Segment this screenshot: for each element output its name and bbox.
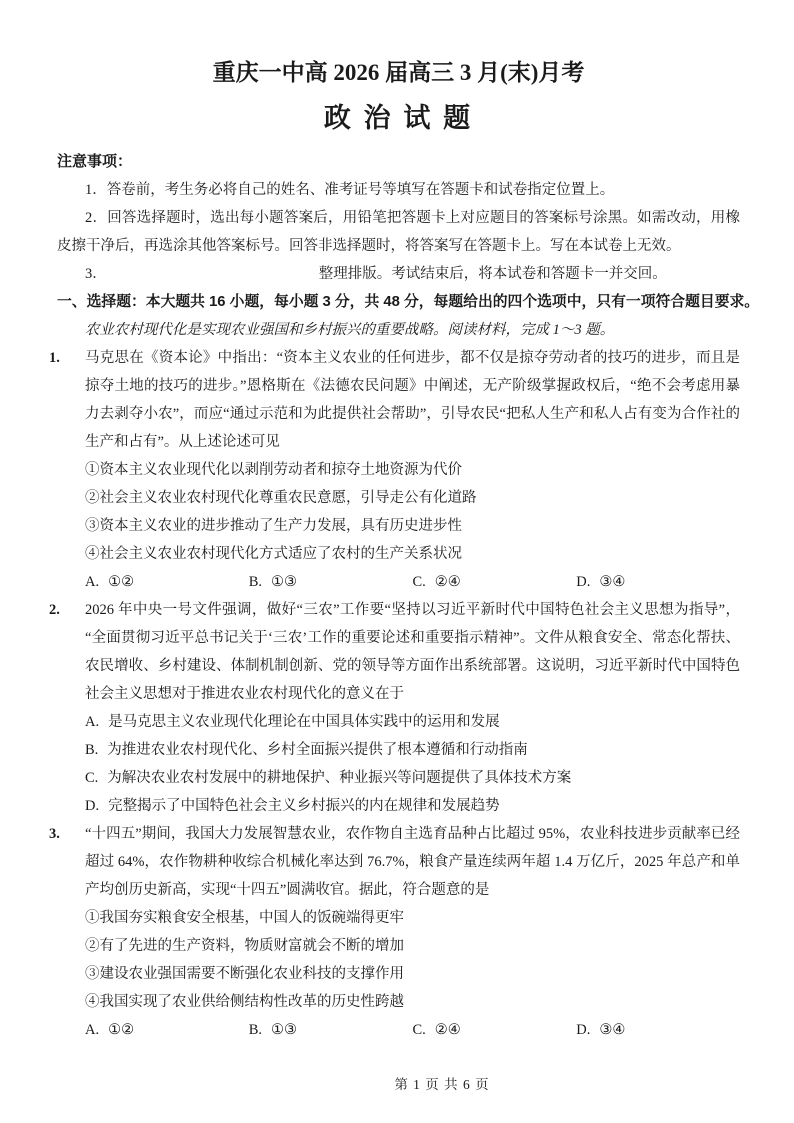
option-c-label: C. — [413, 1016, 426, 1044]
question-1-statement-1: ①资本主义农业现代化以剥削劳动者和掠夺土地资源为代价 — [85, 456, 740, 484]
option-d-value: ③④ — [599, 1022, 625, 1038]
notice-item-3: 3．整理排版。考试结束后，将本试卷和答题卡一并交回。 — [57, 260, 740, 288]
exam-subtitle: 政 治 试 题 — [57, 98, 740, 138]
question-3-option-a: A.①② — [85, 1016, 249, 1044]
question-3-statement-2: ②有了先进的生产资料，物质财富就会不断的增加 — [85, 932, 740, 960]
question-3-stem: “十四五”期间，我国大力发展智慧农业，农作物自主选育品种占比超过 95%，农业科… — [85, 820, 740, 904]
option-b-value: ①③ — [271, 574, 297, 590]
option-b-value: ①③ — [271, 1022, 297, 1038]
question-3-statement-4: ④我国实现了农业供给侧结构性改革的历史性跨越 — [85, 988, 740, 1016]
option-b-text: 为推进农业农村现代化、乡村全面振兴提供了根本遵循和行动指南 — [107, 742, 528, 758]
section-heading: 一、选择题：本大题共 16 小题，每小题 3 分，共 48 分，每题给出的四个选… — [57, 288, 740, 316]
question-3-option-c: C.②④ — [413, 1016, 577, 1044]
question-1-option-d: D.③④ — [576, 568, 740, 596]
option-c-value: ②④ — [435, 1022, 461, 1038]
question-1-options: A.①② B.①③ C.②④ D.③④ — [85, 568, 740, 596]
option-a-label: A. — [85, 568, 99, 596]
question-2-option-b: B.为推进农业农村现代化、乡村全面振兴提供了根本遵循和行动指南 — [85, 736, 740, 764]
notice-section: 注意事项： 1．答卷前，考生务必将自己的姓名、准考证号等填写在答题卡和试卷指定位… — [57, 148, 740, 288]
question-2-option-d: D.完整揭示了中国特色社会主义乡村振兴的内在规律和发展趋势 — [85, 792, 740, 820]
question-1-statement-2: ②社会主义农业农村现代化尊重农民意愿，引导走公有化道路 — [85, 484, 740, 512]
question-3-number: 3. — [49, 820, 60, 848]
option-a-value: ①② — [108, 1022, 134, 1038]
question-1-option-c: C.②④ — [413, 568, 577, 596]
question-1-option-b: B.①③ — [249, 568, 413, 596]
question-1-statement-4: ④社会主义农业农村现代化方式适应了农村的生产关系状况 — [85, 540, 740, 568]
option-b-label: B. — [249, 568, 262, 596]
option-c-label: C. — [413, 568, 426, 596]
question-3: 3. “十四五”期间，我国大力发展智慧农业，农作物自主选育品种占比超过 95%，… — [85, 820, 740, 1044]
passage-intro: 农业农村现代化是实现农业强国和乡村振兴的重要战略。阅读材料，完成 1～3 题。 — [57, 316, 740, 344]
notice-item-3-number: 3． — [85, 266, 107, 282]
option-c-value: ②④ — [435, 574, 461, 590]
option-a-text: 是马克思主义农业现代化理论在中国具体实践中的运用和发展 — [108, 714, 500, 730]
question-2-stem: 2026 年中央一号文件强调，做好“三农”工作要“坚持以习近平新时代中国特色社会… — [85, 596, 740, 708]
option-a-value: ①② — [108, 574, 134, 590]
question-3-options: A.①② B.①③ C.②④ D.③④ — [85, 1016, 740, 1044]
option-d-label: D. — [576, 1016, 590, 1044]
option-c-text: 为解决农业农村发展中的耕地保护、种业振兴等问题提供了具体技术方案 — [107, 770, 571, 786]
option-d-text: 完整揭示了中国特色社会主义乡村振兴的内在规律和发展趋势 — [108, 798, 500, 814]
exam-paper-page: 重庆一中高 2026 届高三 3 月(末)月考 政 治 试 题 注意事项： 1．… — [0, 0, 794, 1123]
exam-title: 重庆一中高 2026 届高三 3 月(末)月考 — [57, 56, 740, 90]
question-2: 2. 2026 年中央一号文件强调，做好“三农”工作要“坚持以习近平新时代中国特… — [85, 596, 740, 820]
question-2-option-c: C.为解决农业农村发展中的耕地保护、种业振兴等问题提供了具体技术方案 — [85, 764, 740, 792]
page-footer: 第 1 页 共 6 页 — [45, 1073, 794, 1093]
option-a-label: A. — [85, 1016, 99, 1044]
question-2-number: 2. — [49, 596, 60, 624]
question-1-option-a: A.①② — [85, 568, 249, 596]
option-d-label: D. — [576, 568, 590, 596]
option-d-value: ③④ — [599, 574, 625, 590]
question-1-stem: 马克思在《资本论》中指出：“资本主义农业的任何进步，都不仅是掠夺劳动者的技巧的进… — [85, 344, 740, 456]
notice-heading: 注意事项： — [57, 148, 740, 176]
question-1: 1. 马克思在《资本论》中指出：“资本主义农业的任何进步，都不仅是掠夺劳动者的技… — [85, 344, 740, 596]
notice-item-2: 2．回答选择题时，选出每小题答案后，用铅笔把答题卡上对应题目的答案标号涂黑。如需… — [57, 204, 740, 260]
notice-item-3-text: 整理排版。考试结束后，将本试卷和答题卡一并交回。 — [319, 266, 667, 282]
option-d-label: D. — [85, 792, 99, 820]
question-3-statement-1: ①我国夯实粮食安全根基，中国人的饭碗端得更牢 — [85, 904, 740, 932]
question-3-statement-3: ③建设农业强国需要不断强化农业科技的支撑作用 — [85, 960, 740, 988]
option-b-label: B. — [249, 1016, 262, 1044]
option-c-label: C. — [85, 764, 98, 792]
question-3-option-d: D.③④ — [576, 1016, 740, 1044]
notice-item-1: 1．答卷前，考生务必将自己的姓名、准考证号等填写在答题卡和试卷指定位置上。 — [57, 176, 740, 204]
option-a-label: A. — [85, 708, 99, 736]
question-3-option-b: B.①③ — [249, 1016, 413, 1044]
option-b-label: B. — [85, 736, 98, 764]
question-1-statement-3: ③资本主义农业的进步推动了生产力发展，具有历史进步性 — [85, 512, 740, 540]
question-2-option-a: A.是马克思主义农业现代化理论在中国具体实践中的运用和发展 — [85, 708, 740, 736]
question-1-number: 1. — [49, 344, 60, 372]
